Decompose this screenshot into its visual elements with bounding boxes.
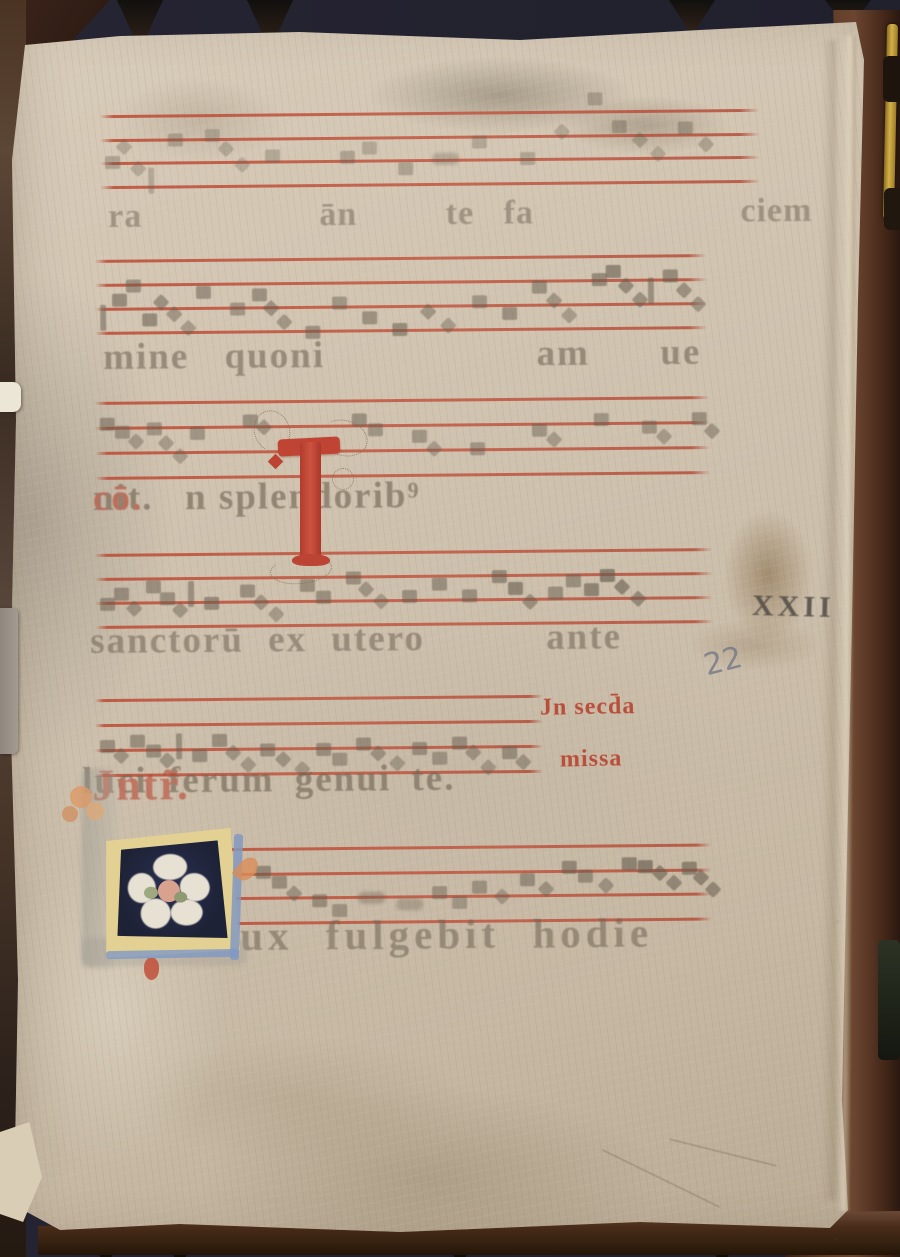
- chant-text-segment: mine quoni am ue: [103, 331, 702, 379]
- neume: [630, 590, 647, 607]
- staff-system: [95, 254, 708, 338]
- neume: [100, 598, 115, 611]
- neume: [515, 754, 532, 771]
- neume: [105, 156, 120, 169]
- neume: [253, 594, 270, 611]
- neume: [520, 873, 535, 886]
- neume: [146, 580, 161, 593]
- neume: [452, 896, 467, 909]
- rubric-in-secunda: Jn secd̄a: [540, 693, 636, 722]
- staff-line: [95, 302, 707, 311]
- neume: [316, 591, 331, 604]
- neume: [100, 305, 106, 331]
- neume: [600, 569, 615, 582]
- neume: [130, 735, 145, 748]
- neume: [594, 413, 609, 426]
- neume: [316, 743, 331, 756]
- neume: [358, 892, 385, 904]
- neume: [147, 422, 162, 435]
- neume: [146, 745, 161, 758]
- neume: [561, 307, 578, 324]
- neume: [522, 593, 539, 610]
- penwork-flourish: [332, 468, 354, 490]
- neume: [100, 418, 115, 431]
- neume: [340, 151, 355, 164]
- neume: [234, 156, 251, 173]
- staff-line: [95, 720, 543, 727]
- neume: [362, 311, 377, 324]
- neume: [158, 435, 175, 452]
- neume: [252, 288, 267, 301]
- neume: [502, 307, 517, 320]
- neume: [115, 426, 130, 439]
- neume: [142, 313, 157, 326]
- staff-line: [100, 180, 760, 189]
- staff-line: [100, 133, 760, 142]
- staff-line: [95, 695, 543, 702]
- staff-line: [95, 396, 710, 405]
- chant-text-segment: ux fulgebit hodie: [240, 908, 653, 960]
- neume: [655, 428, 672, 445]
- neume: [508, 582, 523, 595]
- neume: [100, 740, 115, 753]
- neume: [665, 874, 682, 891]
- neume: [205, 129, 220, 142]
- initial-i-stem: [300, 442, 321, 562]
- staff-system: [100, 109, 761, 192]
- initial-panel-frame: [102, 828, 240, 959]
- neume: [622, 857, 637, 870]
- neume: [432, 886, 447, 899]
- neume: [663, 269, 678, 282]
- staff-line: [188, 843, 712, 851]
- initial-i: [268, 428, 358, 578]
- neume: [240, 584, 255, 597]
- neume: [402, 590, 417, 603]
- neume: [678, 121, 693, 134]
- neume: [494, 888, 511, 905]
- initial-panel-ground: [114, 840, 227, 944]
- manuscript-photo: ra ān te fa ciem do mine quoni am ue nit…: [0, 0, 900, 1257]
- neume: [126, 279, 141, 292]
- neume: [587, 92, 602, 105]
- neume: [332, 297, 347, 310]
- neume: [148, 168, 154, 194]
- neume: [272, 876, 287, 889]
- neume: [598, 877, 615, 894]
- neume: [362, 142, 377, 155]
- neume: [548, 586, 563, 599]
- neume: [675, 282, 692, 299]
- neume: [260, 743, 275, 756]
- neume: [230, 302, 245, 315]
- neume: [703, 423, 720, 440]
- folio-number-roman: XXII: [752, 589, 836, 625]
- neume: [612, 120, 627, 133]
- staff-system: [95, 396, 711, 483]
- neume: [532, 281, 547, 294]
- neume: [492, 570, 507, 583]
- neume: [356, 738, 371, 751]
- neume: [472, 881, 487, 894]
- neume: [160, 592, 175, 605]
- neume: [373, 593, 390, 610]
- neume: [472, 295, 487, 308]
- neume: [520, 152, 535, 165]
- neume: [472, 135, 487, 148]
- neume: [168, 133, 183, 146]
- neume: [648, 278, 654, 304]
- chant-text-segment: ra ān te fa ciem do: [108, 191, 900, 236]
- orange-blossom-ornament: [86, 802, 104, 820]
- neume: [470, 442, 485, 455]
- staff-line: [95, 548, 713, 557]
- staff-line: [95, 421, 710, 430]
- neume: [692, 412, 707, 425]
- neume: [398, 162, 413, 175]
- neume: [682, 862, 697, 875]
- neume: [114, 588, 129, 601]
- neume: [276, 314, 293, 331]
- neume: [426, 440, 443, 457]
- neume: [532, 424, 547, 437]
- neume: [606, 265, 621, 278]
- neume: [112, 294, 127, 307]
- neume: [412, 742, 427, 755]
- staff-line: [188, 892, 712, 900]
- chant-text-segment: sanctorū ex utero ante: [90, 615, 622, 663]
- flower-petal: [140, 898, 171, 929]
- orange-blossom-ornament: [62, 806, 78, 822]
- neume: [265, 149, 280, 162]
- staff-line: [100, 109, 760, 118]
- neume: [690, 296, 707, 313]
- chant-text-segment: cō.: [93, 477, 144, 520]
- neume: [592, 273, 607, 286]
- neume: [396, 898, 423, 910]
- neume: [562, 861, 577, 874]
- neume: [546, 431, 563, 448]
- neume: [584, 583, 599, 596]
- neume: [212, 734, 227, 747]
- neume: [566, 574, 581, 587]
- neume: [613, 578, 630, 595]
- flower-leaf: [144, 886, 158, 898]
- neume: [578, 870, 593, 883]
- neume: [642, 421, 657, 434]
- neume: [697, 136, 714, 153]
- flower-petal: [170, 899, 203, 926]
- neume: [368, 423, 383, 436]
- neume: [263, 300, 280, 317]
- neume: [638, 860, 653, 873]
- neume: [190, 427, 205, 440]
- neume: [452, 737, 467, 750]
- neume: [502, 746, 517, 759]
- rubric-missa: missa: [560, 745, 623, 773]
- neume: [188, 581, 194, 607]
- neume: [651, 864, 668, 881]
- neume: [462, 589, 477, 602]
- neume: [204, 597, 219, 610]
- chant-text-line: nit. cō.n splendorib⁹: [93, 476, 185, 520]
- staff-line: [95, 254, 707, 263]
- neume: [176, 733, 182, 759]
- red-drop-ornament: [144, 958, 159, 980]
- flower-petal: [153, 853, 188, 880]
- neume: [412, 430, 427, 443]
- initial-i-foot: [292, 554, 330, 566]
- neume: [128, 433, 145, 450]
- illuminated-initial-l: [60, 762, 260, 992]
- neume: [432, 578, 447, 591]
- staff-line: [95, 278, 707, 287]
- neume: [312, 894, 327, 907]
- staff-line: [95, 446, 710, 455]
- neume: [196, 286, 211, 299]
- neume: [217, 140, 234, 157]
- neume: [432, 153, 459, 165]
